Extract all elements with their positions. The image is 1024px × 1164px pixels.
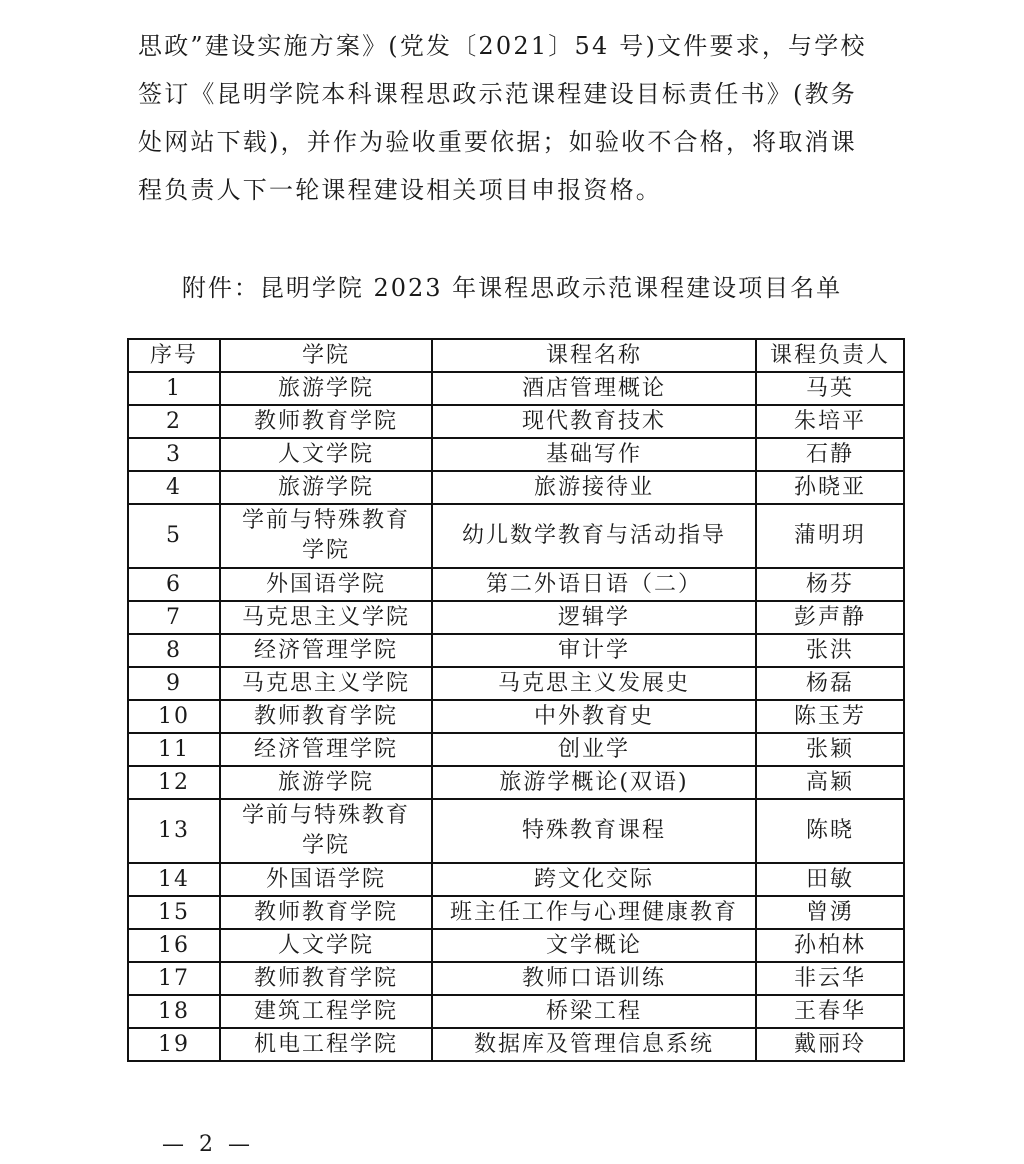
body-paragraph: 思政”建设实施方案》(党发〔2021〕54 号)文件要求，与学校 签订《昆明学院… bbox=[138, 22, 898, 214]
table-row: 13学前与特殊教育学院特殊教育课程陈晓 bbox=[128, 799, 904, 863]
cell-serial-number: 14 bbox=[128, 863, 220, 896]
cell-course-name: 审计学 bbox=[432, 634, 756, 667]
cell-course-name: 酒店管理概论 bbox=[432, 372, 756, 405]
table-row: 5学前与特殊教育学院幼儿数学教育与活动指导蒲明玥 bbox=[128, 504, 904, 568]
cell-course-owner: 戴丽玲 bbox=[756, 1028, 904, 1061]
header-course-owner: 课程负责人 bbox=[756, 339, 904, 372]
cell-course-owner: 孙晓亚 bbox=[756, 471, 904, 504]
cell-course-owner: 朱培平 bbox=[756, 405, 904, 438]
cell-college: 旅游学院 bbox=[220, 471, 432, 504]
course-list-table: 序号 学院 课程名称 课程负责人 1旅游学院酒店管理概论马英2教师教育学院现代教… bbox=[127, 338, 905, 1062]
cell-course-owner: 陈晓 bbox=[756, 799, 904, 863]
cell-serial-number: 7 bbox=[128, 601, 220, 634]
cell-course-name: 跨文化交际 bbox=[432, 863, 756, 896]
table-body: 1旅游学院酒店管理概论马英2教师教育学院现代教育技术朱培平3人文学院基础写作石静… bbox=[128, 372, 904, 1061]
cell-course-owner: 高颖 bbox=[756, 766, 904, 799]
table-row: 19机电工程学院数据库及管理信息系统戴丽玲 bbox=[128, 1028, 904, 1061]
cell-course-owner: 田敏 bbox=[756, 863, 904, 896]
cell-serial-number: 17 bbox=[128, 962, 220, 995]
cell-serial-number: 4 bbox=[128, 471, 220, 504]
paragraph-line: 程负责人下一轮课程建设相关项目申报资格。 bbox=[138, 166, 898, 214]
cell-serial-number: 1 bbox=[128, 372, 220, 405]
cell-serial-number: 3 bbox=[128, 438, 220, 471]
table-row: 1旅游学院酒店管理概论马英 bbox=[128, 372, 904, 405]
cell-course-name: 旅游学概论(双语) bbox=[432, 766, 756, 799]
cell-serial-number: 9 bbox=[128, 667, 220, 700]
cell-college: 人文学院 bbox=[220, 929, 432, 962]
cell-course-owner: 蒲明玥 bbox=[756, 504, 904, 568]
cell-course-name: 中外教育史 bbox=[432, 700, 756, 733]
cell-course-name: 马克思主义发展史 bbox=[432, 667, 756, 700]
table-row: 15教师教育学院班主任工作与心理健康教育曾湧 bbox=[128, 896, 904, 929]
cell-course-owner: 孙柏林 bbox=[756, 929, 904, 962]
cell-college: 机电工程学院 bbox=[220, 1028, 432, 1061]
paragraph-line: 签订《昆明学院本科课程思政示范课程建设目标责任书》(教务 bbox=[138, 70, 898, 118]
cell-serial-number: 15 bbox=[128, 896, 220, 929]
cell-college: 经济管理学院 bbox=[220, 733, 432, 766]
header-course-name: 课程名称 bbox=[432, 339, 756, 372]
cell-college: 马克思主义学院 bbox=[220, 601, 432, 634]
cell-serial-number: 18 bbox=[128, 995, 220, 1028]
cell-serial-number: 13 bbox=[128, 799, 220, 863]
header-college: 学院 bbox=[220, 339, 432, 372]
cell-college: 教师教育学院 bbox=[220, 962, 432, 995]
table-row: 4旅游学院旅游接待业孙晓亚 bbox=[128, 471, 904, 504]
cell-course-name: 教师口语训练 bbox=[432, 962, 756, 995]
header-serial-number: 序号 bbox=[128, 339, 220, 372]
table-row: 17教师教育学院教师口语训练非云华 bbox=[128, 962, 904, 995]
cell-course-name: 逻辑学 bbox=[432, 601, 756, 634]
cell-course-owner: 杨芬 bbox=[756, 568, 904, 601]
paragraph-line: 思政”建设实施方案》(党发〔2021〕54 号)文件要求，与学校 bbox=[138, 22, 898, 70]
cell-serial-number: 2 bbox=[128, 405, 220, 438]
cell-college: 学前与特殊教育学院 bbox=[220, 504, 432, 568]
cell-college: 外国语学院 bbox=[220, 568, 432, 601]
table-header-row: 序号 学院 课程名称 课程负责人 bbox=[128, 339, 904, 372]
cell-college: 教师教育学院 bbox=[220, 405, 432, 438]
cell-course-name: 基础写作 bbox=[432, 438, 756, 471]
cell-college: 教师教育学院 bbox=[220, 896, 432, 929]
cell-serial-number: 8 bbox=[128, 634, 220, 667]
cell-college: 马克思主义学院 bbox=[220, 667, 432, 700]
paragraph-line: 处网站下载)，并作为验收重要依据；如验收不合格，将取消课 bbox=[138, 118, 898, 166]
cell-course-owner: 王春华 bbox=[756, 995, 904, 1028]
cell-college: 学前与特殊教育学院 bbox=[220, 799, 432, 863]
table-row: 6外国语学院第二外语日语（二）杨芬 bbox=[128, 568, 904, 601]
cell-serial-number: 6 bbox=[128, 568, 220, 601]
cell-course-name: 桥梁工程 bbox=[432, 995, 756, 1028]
cell-college: 旅游学院 bbox=[220, 372, 432, 405]
cell-serial-number: 5 bbox=[128, 504, 220, 568]
cell-course-owner: 非云华 bbox=[756, 962, 904, 995]
cell-serial-number: 16 bbox=[128, 929, 220, 962]
cell-course-name: 现代教育技术 bbox=[432, 405, 756, 438]
table-row: 10教师教育学院中外教育史陈玉芳 bbox=[128, 700, 904, 733]
cell-course-name: 创业学 bbox=[432, 733, 756, 766]
cell-course-owner: 石静 bbox=[756, 438, 904, 471]
cell-course-name: 班主任工作与心理健康教育 bbox=[432, 896, 756, 929]
table-row: 12旅游学院旅游学概论(双语)高颖 bbox=[128, 766, 904, 799]
cell-serial-number: 19 bbox=[128, 1028, 220, 1061]
cell-serial-number: 11 bbox=[128, 733, 220, 766]
table-row: 11经济管理学院创业学张颖 bbox=[128, 733, 904, 766]
cell-course-owner: 彭声静 bbox=[756, 601, 904, 634]
table-row: 9马克思主义学院马克思主义发展史杨磊 bbox=[128, 667, 904, 700]
cell-course-name: 旅游接待业 bbox=[432, 471, 756, 504]
cell-college: 教师教育学院 bbox=[220, 700, 432, 733]
cell-college: 建筑工程学院 bbox=[220, 995, 432, 1028]
cell-course-name: 数据库及管理信息系统 bbox=[432, 1028, 756, 1061]
cell-serial-number: 12 bbox=[128, 766, 220, 799]
table-row: 18建筑工程学院桥梁工程王春华 bbox=[128, 995, 904, 1028]
cell-college: 人文学院 bbox=[220, 438, 432, 471]
cell-course-owner: 曾湧 bbox=[756, 896, 904, 929]
attachment-caption: 附件：昆明学院 2023 年课程思政示范课程建设项目名单 bbox=[0, 268, 1024, 303]
table-row: 2教师教育学院现代教育技术朱培平 bbox=[128, 405, 904, 438]
table-row: 8经济管理学院审计学张洪 bbox=[128, 634, 904, 667]
cell-course-owner: 陈玉芳 bbox=[756, 700, 904, 733]
table-row: 7马克思主义学院逻辑学彭声静 bbox=[128, 601, 904, 634]
cell-serial-number: 10 bbox=[128, 700, 220, 733]
cell-course-name: 特殊教育课程 bbox=[432, 799, 756, 863]
cell-course-name: 第二外语日语（二） bbox=[432, 568, 756, 601]
cell-course-owner: 杨磊 bbox=[756, 667, 904, 700]
table-row: 14外国语学院跨文化交际田敏 bbox=[128, 863, 904, 896]
table-row: 16人文学院文学概论孙柏林 bbox=[128, 929, 904, 962]
cell-college: 外国语学院 bbox=[220, 863, 432, 896]
cell-college: 旅游学院 bbox=[220, 766, 432, 799]
cell-course-owner: 张洪 bbox=[756, 634, 904, 667]
table-row: 3人文学院基础写作石静 bbox=[128, 438, 904, 471]
page-number: — 2 — bbox=[162, 1132, 254, 1157]
cell-course-name: 幼儿数学教育与活动指导 bbox=[432, 504, 756, 568]
cell-course-owner: 张颖 bbox=[756, 733, 904, 766]
cell-college: 经济管理学院 bbox=[220, 634, 432, 667]
cell-course-owner: 马英 bbox=[756, 372, 904, 405]
cell-course-name: 文学概论 bbox=[432, 929, 756, 962]
